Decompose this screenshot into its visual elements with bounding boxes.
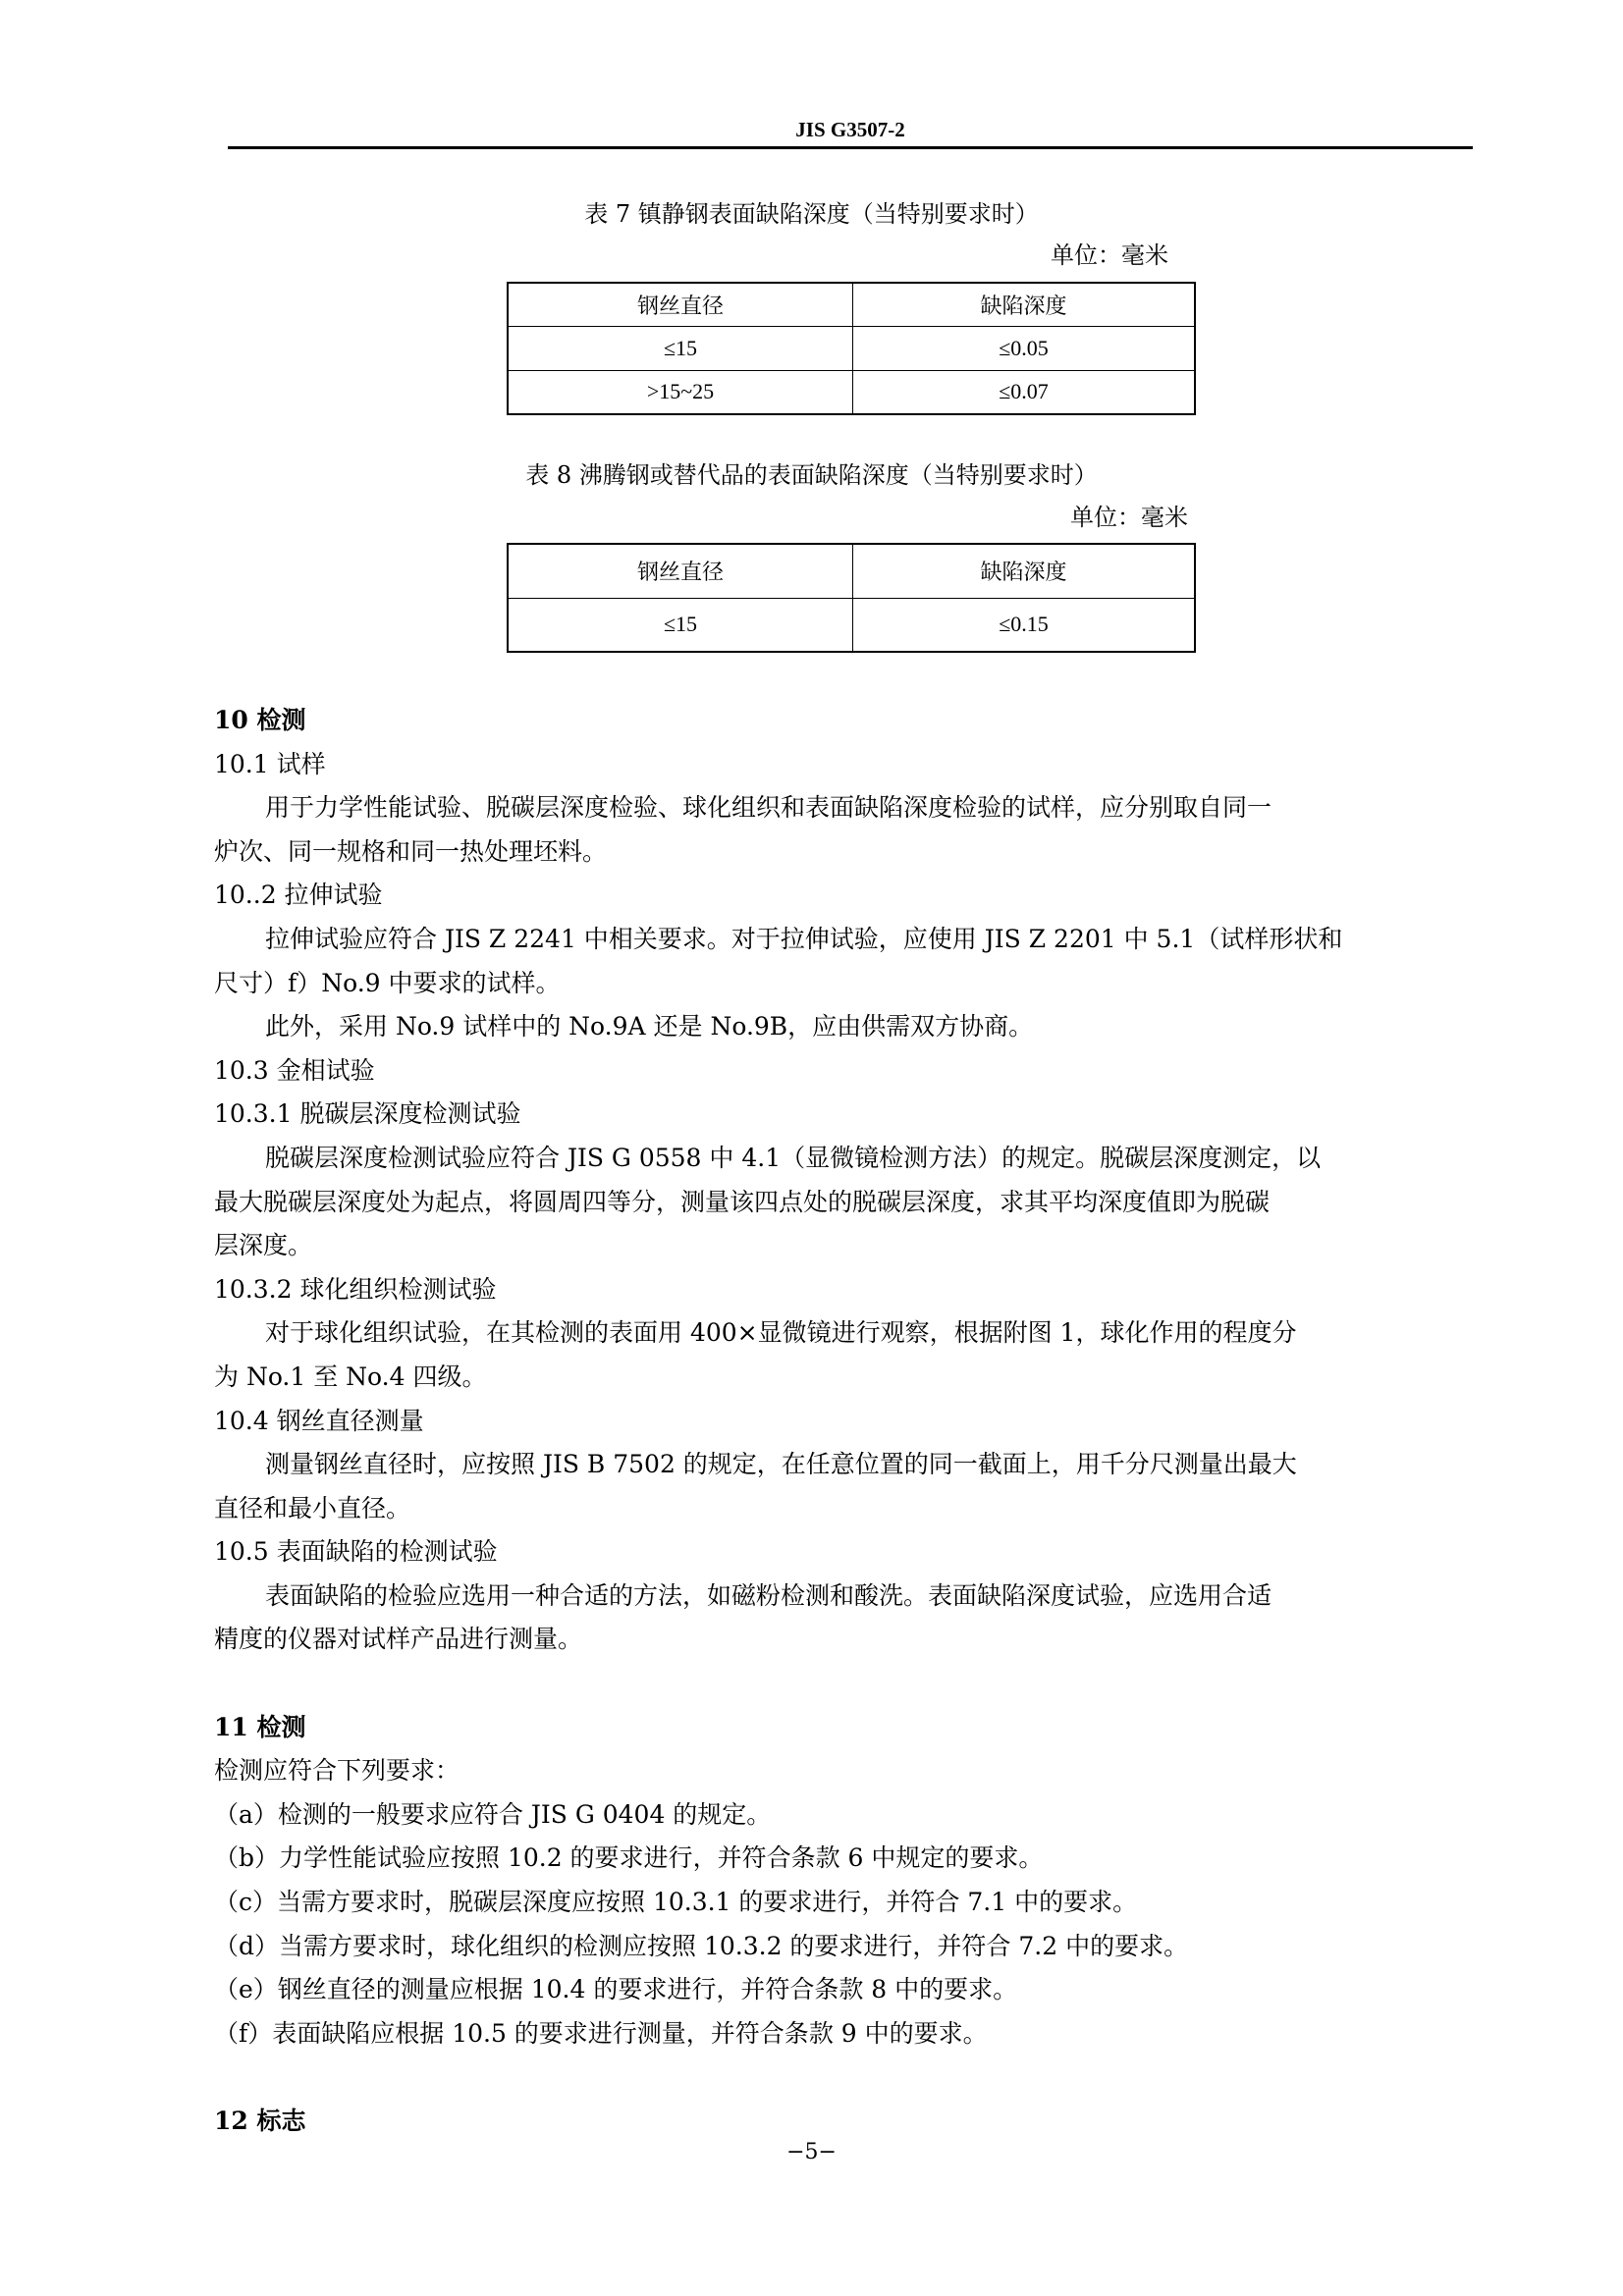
column-header-defect-depth: 缺陷深度 bbox=[853, 544, 1196, 598]
cell-defect-depth: ≤0.05 bbox=[853, 326, 1196, 370]
paragraph-line: 拉伸试验应符合 JIS Z 2241 中相关要求。对于拉伸试验，应使用 JIS … bbox=[214, 918, 1473, 962]
paragraph-line: 此外，采用 No.9 试样中的 No.9A 还是 No.9B，应由供需双方协商。 bbox=[214, 1005, 1473, 1049]
list-item: （b）力学性能试验应按照 10.2 的要求进行，并符合条款 6 中规定的要求。 bbox=[214, 1837, 1473, 1881]
table-header-row: 钢丝直径 缺陷深度 bbox=[508, 283, 1195, 326]
cell-defect-depth: ≤0.15 bbox=[853, 598, 1196, 652]
page-header: JIS G3507-2 bbox=[228, 110, 1473, 149]
column-header-defect-depth: 缺陷深度 bbox=[853, 283, 1196, 326]
spacer bbox=[214, 1662, 1473, 1706]
document-code: JIS G3507-2 bbox=[228, 118, 1473, 142]
paragraph-line: 表面缺陷的检验应选用一种合适的方法，如磁粉检测和酸洗。表面缺陷深度试验，应选用合… bbox=[214, 1575, 1473, 1619]
table-row: ≤15 ≤0.05 bbox=[508, 326, 1195, 370]
table8-unit: 单位：毫米 bbox=[1070, 503, 1188, 532]
cell-wire-diameter: ≤15 bbox=[508, 598, 853, 652]
list-item: （f）表面缺陷应根据 10.5 的要求进行测量，并符合条款 9 中的要求。 bbox=[214, 2012, 1473, 2056]
cell-defect-depth: ≤0.07 bbox=[853, 370, 1196, 414]
cell-wire-diameter: ≤15 bbox=[508, 326, 853, 370]
table-header-row: 钢丝直径 缺陷深度 bbox=[508, 544, 1195, 598]
paragraph-line: 层深度。 bbox=[214, 1224, 1473, 1268]
column-header-wire-diameter: 钢丝直径 bbox=[508, 283, 853, 326]
paragraph-line: 直径和最小直径。 bbox=[214, 1487, 1473, 1531]
paragraph-line: 测量钢丝直径时，应按照 JIS B 7502 的规定，在任意位置的同一截面上，用… bbox=[214, 1443, 1473, 1487]
table-row: ≤15 ≤0.15 bbox=[508, 598, 1195, 652]
table8: 钢丝直径 缺陷深度 ≤15 ≤0.15 bbox=[507, 543, 1196, 653]
section-11-heading: 11 检测 bbox=[214, 1706, 1473, 1750]
list-item: （a）检测的一般要求应符合 JIS G 0404 的规定。 bbox=[214, 1793, 1473, 1838]
list-item: （d）当需方要求时，球化组织的检测应按照 10.3.2 的要求进行，并符合 7.… bbox=[214, 1925, 1473, 1969]
section-12-heading: 12 标志 bbox=[214, 2100, 1473, 2144]
paragraph-line: 最大脱碳层深度处为起点，将圆周四等分，测量该四点处的脱碳层深度，求其平均深度值即… bbox=[214, 1181, 1473, 1225]
list-item: （e）钢丝直径的测量应根据 10.4 的要求进行，并符合条款 8 中的要求。 bbox=[214, 1968, 1473, 2012]
table7: 钢丝直径 缺陷深度 ≤15 ≤0.05 >15~25 ≤0.07 bbox=[507, 282, 1196, 415]
section-10-heading: 10 检测 bbox=[214, 699, 1473, 743]
header-rule bbox=[228, 146, 1473, 149]
page-number: −5− bbox=[0, 2140, 1623, 2164]
section-10-5-heading: 10.5 表面缺陷的检测试验 bbox=[214, 1530, 1473, 1575]
section-10-1-heading: 10.1 试样 bbox=[214, 743, 1473, 787]
spacer bbox=[214, 2056, 1473, 2100]
section-10-4-heading: 10.4 钢丝直径测量 bbox=[214, 1400, 1473, 1444]
table-row: >15~25 ≤0.07 bbox=[508, 370, 1195, 414]
column-header-wire-diameter: 钢丝直径 bbox=[508, 544, 853, 598]
section-10-3-1-heading: 10.3.1 脱碳层深度检测试验 bbox=[214, 1093, 1473, 1137]
document-body: 10 检测 10.1 试样 用于力学性能试验、脱碳层深度检验、球化组织和表面缺陷… bbox=[214, 699, 1473, 2144]
paragraph-line: 为 No.1 至 No.4 四级。 bbox=[214, 1356, 1473, 1400]
table8-caption: 表 8 沸腾钢或替代品的表面缺陷深度（当特别要求时） bbox=[0, 460, 1623, 490]
table7-caption: 表 7 镇静钢表面缺陷深度（当特别要求时） bbox=[0, 199, 1623, 229]
table7-unit: 单位：毫米 bbox=[1051, 240, 1168, 270]
paragraph-line: 精度的仪器对试样产品进行测量。 bbox=[214, 1618, 1473, 1662]
paragraph-line: 尺寸）f）No.9 中要求的试样。 bbox=[214, 962, 1473, 1006]
section-11-intro: 检测应符合下列要求： bbox=[214, 1749, 1473, 1793]
cell-wire-diameter: >15~25 bbox=[508, 370, 853, 414]
section-10-3-heading: 10.3 金相试验 bbox=[214, 1049, 1473, 1094]
paragraph-line: 对于球化组织试验，在其检测的表面用 400×显微镜进行观察，根据附图 1，球化作… bbox=[214, 1311, 1473, 1356]
paragraph-line: 炉次、同一规格和同一热处理坯料。 bbox=[214, 830, 1473, 875]
section-10-2-heading: 10..2 拉伸试验 bbox=[214, 874, 1473, 918]
paragraph-line: 用于力学性能试验、脱碳层深度检验、球化组织和表面缺陷深度检验的试样，应分别取自同… bbox=[214, 786, 1473, 830]
section-10-3-2-heading: 10.3.2 球化组织检测试验 bbox=[214, 1268, 1473, 1312]
list-item: （c）当需方要求时，脱碳层深度应按照 10.3.1 的要求进行，并符合 7.1 … bbox=[214, 1881, 1473, 1925]
paragraph-line: 脱碳层深度检测试验应符合 JIS G 0558 中 4.1（显微镜检测方法）的规… bbox=[214, 1137, 1473, 1181]
